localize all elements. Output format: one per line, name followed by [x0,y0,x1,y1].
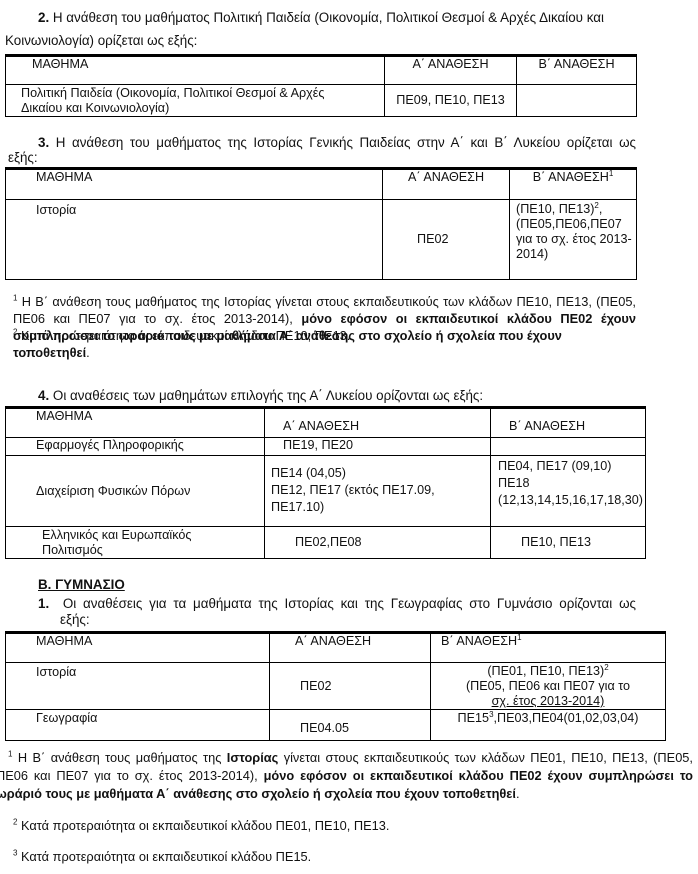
footnote-1-gymnasio: 1 Η Β΄ ανάθεση τους μαθήματος της Ιστορί… [0,749,693,803]
cell-a: ΠΕ09, ΠΕ10, ΠΕ13 [385,85,517,117]
header-a-anathesi: Α΄ ΑΝΑΘΕΣΗ [265,408,491,438]
section-number: 1. [38,596,49,611]
section-number: 3. [38,135,49,150]
table-istoria-lykeio: ΜΑΘΗΜΑ Α΄ ΑΝΑΘΕΣΗ Β΄ ΑΝΑΘΕΣΗ1 Ιστορία ΠΕ… [5,167,637,280]
header-a-anathesi: Α΄ ΑΝΑΘΕΣΗ [383,169,510,200]
header-mathima: ΜΑΘΗΜΑ [6,633,270,663]
table-epilogis-a-lykeiou: ΜΑΘΗΜΑ Α΄ ΑΝΑΘΕΣΗ Β΄ ΑΝΑΘΕΣΗ Εφαρμογές Π… [5,406,646,559]
cell-b: ΠΕ04, ΠΕ17 (09,10) ΠΕ18 (12,13,14,15,16,… [491,456,646,527]
header-b-anathesi: Β΄ ΑΝΑΘΕΣΗ [517,56,637,85]
section-4-intro: 4. Οι αναθέσεις των μαθημάτων επιλογής τ… [38,388,483,404]
header-b-anathesi: Β΄ ΑΝΑΘΕΣΗ [491,408,646,438]
cell-a: ΠΕ02,ΠΕ08 [265,527,491,559]
header-mathima: ΜΑΘΗΜΑ [6,169,383,200]
section-3-intro: 3. Η ανάθεση του μαθήματος της Ιστορίας … [38,135,636,151]
cell-b [517,85,637,117]
table-politiki-paideia: ΜΑΘΗΜΑ Α΄ ΑΝΑΘΕΣΗ Β΄ ΑΝΑΘΕΣΗ Πολιτική Πα… [5,54,637,117]
cell-subject: Ελληνικός και Ευρωπαϊκός Πολιτισμός [6,527,265,559]
cell-subject: Διαχείριση Φυσικών Πόρων [6,456,265,527]
table-gymnasio: ΜΑΘΗΜΑ Α΄ ΑΝΑΘΕΣΗ Β΄ ΑΝΑΘΕΣΗ1 Ιστορία ΠΕ… [5,631,666,741]
intro-text: Η ανάθεση του μαθήματος Πολιτική Παιδεία… [53,10,604,25]
footnote-3-gymnasio: 3 Κατά προτεραιότητα οι εκπαιδευτικοί κλ… [13,849,311,865]
header-b-anathesi: Β΄ ΑΝΑΘΕΣΗ1 [510,169,637,200]
table-row: Γεωγραφία ΠΕ04.05 ΠΕ153,ΠΕ03,ΠΕ04(01,02,… [6,710,666,741]
cell-subject: Εφαρμογές Πληροφορικής [6,438,265,456]
gymnasio-intro-cont: εξής: [60,612,90,628]
cell-subject: Γεωγραφία [6,710,270,741]
cell-b: ΠΕ10, ΠΕ13 [491,527,646,559]
cell-a: ΠΕ02 [270,663,431,710]
footnote-2-gymnasio: 2 Κατά προτεραιότητα οι εκπαιδευτικοί κλ… [13,818,389,834]
cell-a: ΠΕ19, ΠΕ20 [265,438,491,456]
cell-subject: Ιστορία [6,200,383,280]
header-a-anathesi: Α΄ ΑΝΑΘΕΣΗ [385,56,517,85]
cell-b [491,438,646,456]
footnote-2-lykeio: 2 Κατά προτεραιότητα οι εκπαιδευτικοί κλ… [13,328,350,344]
table-row: Πολιτική Παιδεία (Οικονομία, Πολιτικοί Θ… [6,85,637,117]
header-mathima: ΜΑΘΗΜΑ [6,56,385,85]
cell-b: (ΠΕ01, ΠΕ10, ΠΕ13)2 (ΠΕ05, ΠΕ06 και ΠΕ07… [431,663,666,710]
section-3-intro-cont: εξής: [8,150,38,166]
header-b-anathesi: Β΄ ΑΝΑΘΕΣΗ1 [431,633,666,663]
cell-b: ΠΕ153,ΠΕ03,ΠΕ04(01,02,03,04) [431,710,666,741]
gymnasio-intro: 1. Οι αναθέσεις για τα μαθήματα της Ιστο… [38,596,636,612]
table-row: Ιστορία ΠΕ02 (ΠΕ01, ΠΕ10, ΠΕ13)2 (ΠΕ05, … [6,663,666,710]
section-2-intro-cont: Κοινωνιολογία) ορίζεται ως εξής: [5,33,197,49]
section-number: 2. [38,10,49,25]
cell-b: (ΠΕ10, ΠΕ13)2, (ΠΕ05,ΠΕ06,ΠΕ07 για το σχ… [510,200,637,280]
gymnasio-heading: Β. ΓΥΜΝΑΣΙΟ [38,577,125,593]
table-row: Διαχείριση Φυσικών Πόρων ΠΕ14 (04,05) ΠΕ… [6,456,646,527]
cell-a: ΠΕ04.05 [270,710,431,741]
table-row: Εφαρμογές Πληροφορικής ΠΕ19, ΠΕ20 [6,438,646,456]
cell-a: ΠΕ14 (04,05) ΠΕ12, ΠΕ17 (εκτός ΠΕ17.09, … [265,456,491,527]
cell-subject: Πολιτική Παιδεία (Οικονομία, Πολιτικοί Θ… [6,85,385,117]
header-a-anathesi: Α΄ ΑΝΑΘΕΣΗ [270,633,431,663]
section-2-intro: 2. Η ανάθεση του μαθήματος Πολιτική Παιδ… [38,10,604,26]
header-mathima: ΜΑΘΗΜΑ [6,408,265,438]
cell-a: ΠΕ02 [383,200,510,280]
footnote-1-lykeio: 1 Η Β΄ ανάθεση τους μαθήματος της Ιστορί… [13,293,636,361]
cell-subject: Ιστορία [6,663,270,710]
table-row: Ελληνικός και Ευρωπαϊκός Πολιτισμός ΠΕ02… [6,527,646,559]
table-row: Ιστορία ΠΕ02 (ΠΕ10, ΠΕ13)2, (ΠΕ05,ΠΕ06,Π… [6,200,637,280]
section-number: 4. [38,388,49,403]
